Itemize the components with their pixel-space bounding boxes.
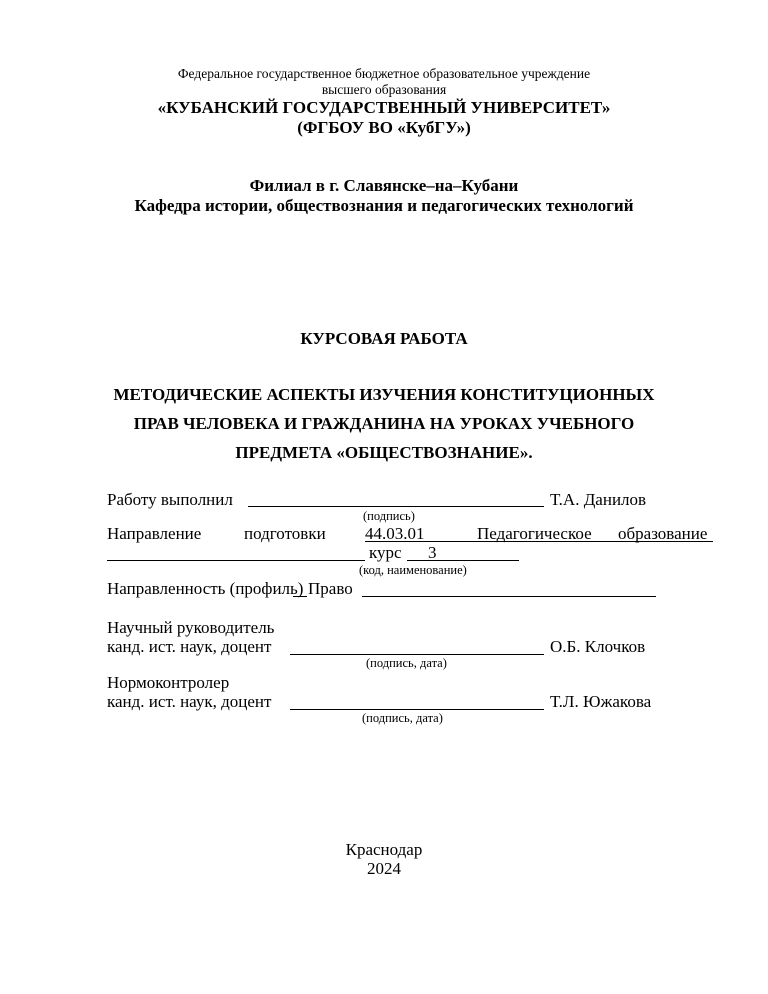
- direction-label-2: подготовки: [244, 524, 326, 544]
- profile-underline: [362, 596, 656, 597]
- course-underline: [407, 560, 519, 561]
- author-signature-line: [248, 506, 544, 507]
- direction-caption: (код, наименование): [359, 563, 467, 578]
- branch-name: Филиал в г. Славянске–на–Кубани: [0, 176, 768, 196]
- supervisor-role: Научный руководитель: [107, 618, 274, 638]
- normcontroller-degree: канд. ист. наук, доцент: [107, 692, 271, 712]
- supervisor-name: О.Б. Клочков: [550, 637, 645, 657]
- profile-label: Направленность (профиль): [107, 579, 303, 599]
- author-signature-caption: (подпись): [363, 509, 415, 524]
- year: 2024: [0, 859, 768, 879]
- ministry-line-1: Федеральное государственное бюджетное об…: [0, 66, 768, 82]
- university-name: «КУБАНСКИЙ ГОСУДАРСТВЕННЫЙ УНИВЕРСИТЕТ»: [0, 98, 768, 118]
- title-line-3: ПРЕДМЕТА «ОБЩЕСТВОЗНАНИЕ».: [0, 443, 768, 463]
- title-line-1: МЕТОДИЧЕСКИЕ АСПЕКТЫ ИЗУЧЕНИЯ КОНСТИТУЦИ…: [0, 385, 768, 405]
- city: Краснодар: [0, 840, 768, 860]
- title-page: Федеральное государственное бюджетное об…: [0, 0, 768, 994]
- profile-prefix-line: [293, 596, 307, 597]
- course-label: курс: [369, 543, 402, 563]
- direction-name-1: Педагогическое: [477, 524, 592, 544]
- author-name: Т.А. Данилов: [550, 490, 646, 510]
- author-label: Работу выполнил: [107, 490, 233, 510]
- supervisor-degree: канд. ист. наук, доцент: [107, 637, 271, 657]
- profile-value: Право: [308, 579, 353, 599]
- normcontroller-role: Нормоконтролер: [107, 673, 229, 693]
- supervisor-signature-caption: (подпись, дата): [366, 656, 447, 671]
- normcontroller-name: Т.Л. Южакова: [550, 692, 651, 712]
- normcontroller-signature-line: [290, 709, 544, 710]
- direction-label-1: Направление: [107, 524, 201, 544]
- title-line-2: ПРАВ ЧЕЛОВЕКА И ГРАЖДАНИНА НА УРОКАХ УЧЕ…: [0, 414, 768, 434]
- ministry-line-2: высшего образования: [0, 82, 768, 98]
- department-name: Кафедра истории, обществознания и педаго…: [0, 196, 768, 216]
- work-type: КУРСОВАЯ РАБОТА: [0, 329, 768, 349]
- normcontroller-signature-caption: (подпись, дата): [362, 711, 443, 726]
- direction-continuation-line: [107, 560, 365, 561]
- university-short-name: (ФГБОУ ВО «КубГУ»): [0, 118, 768, 138]
- supervisor-signature-line: [290, 654, 544, 655]
- direction-name-2: образование: [618, 524, 707, 544]
- course-value: 3: [428, 543, 437, 563]
- direction-code: 44.03.01: [365, 524, 425, 544]
